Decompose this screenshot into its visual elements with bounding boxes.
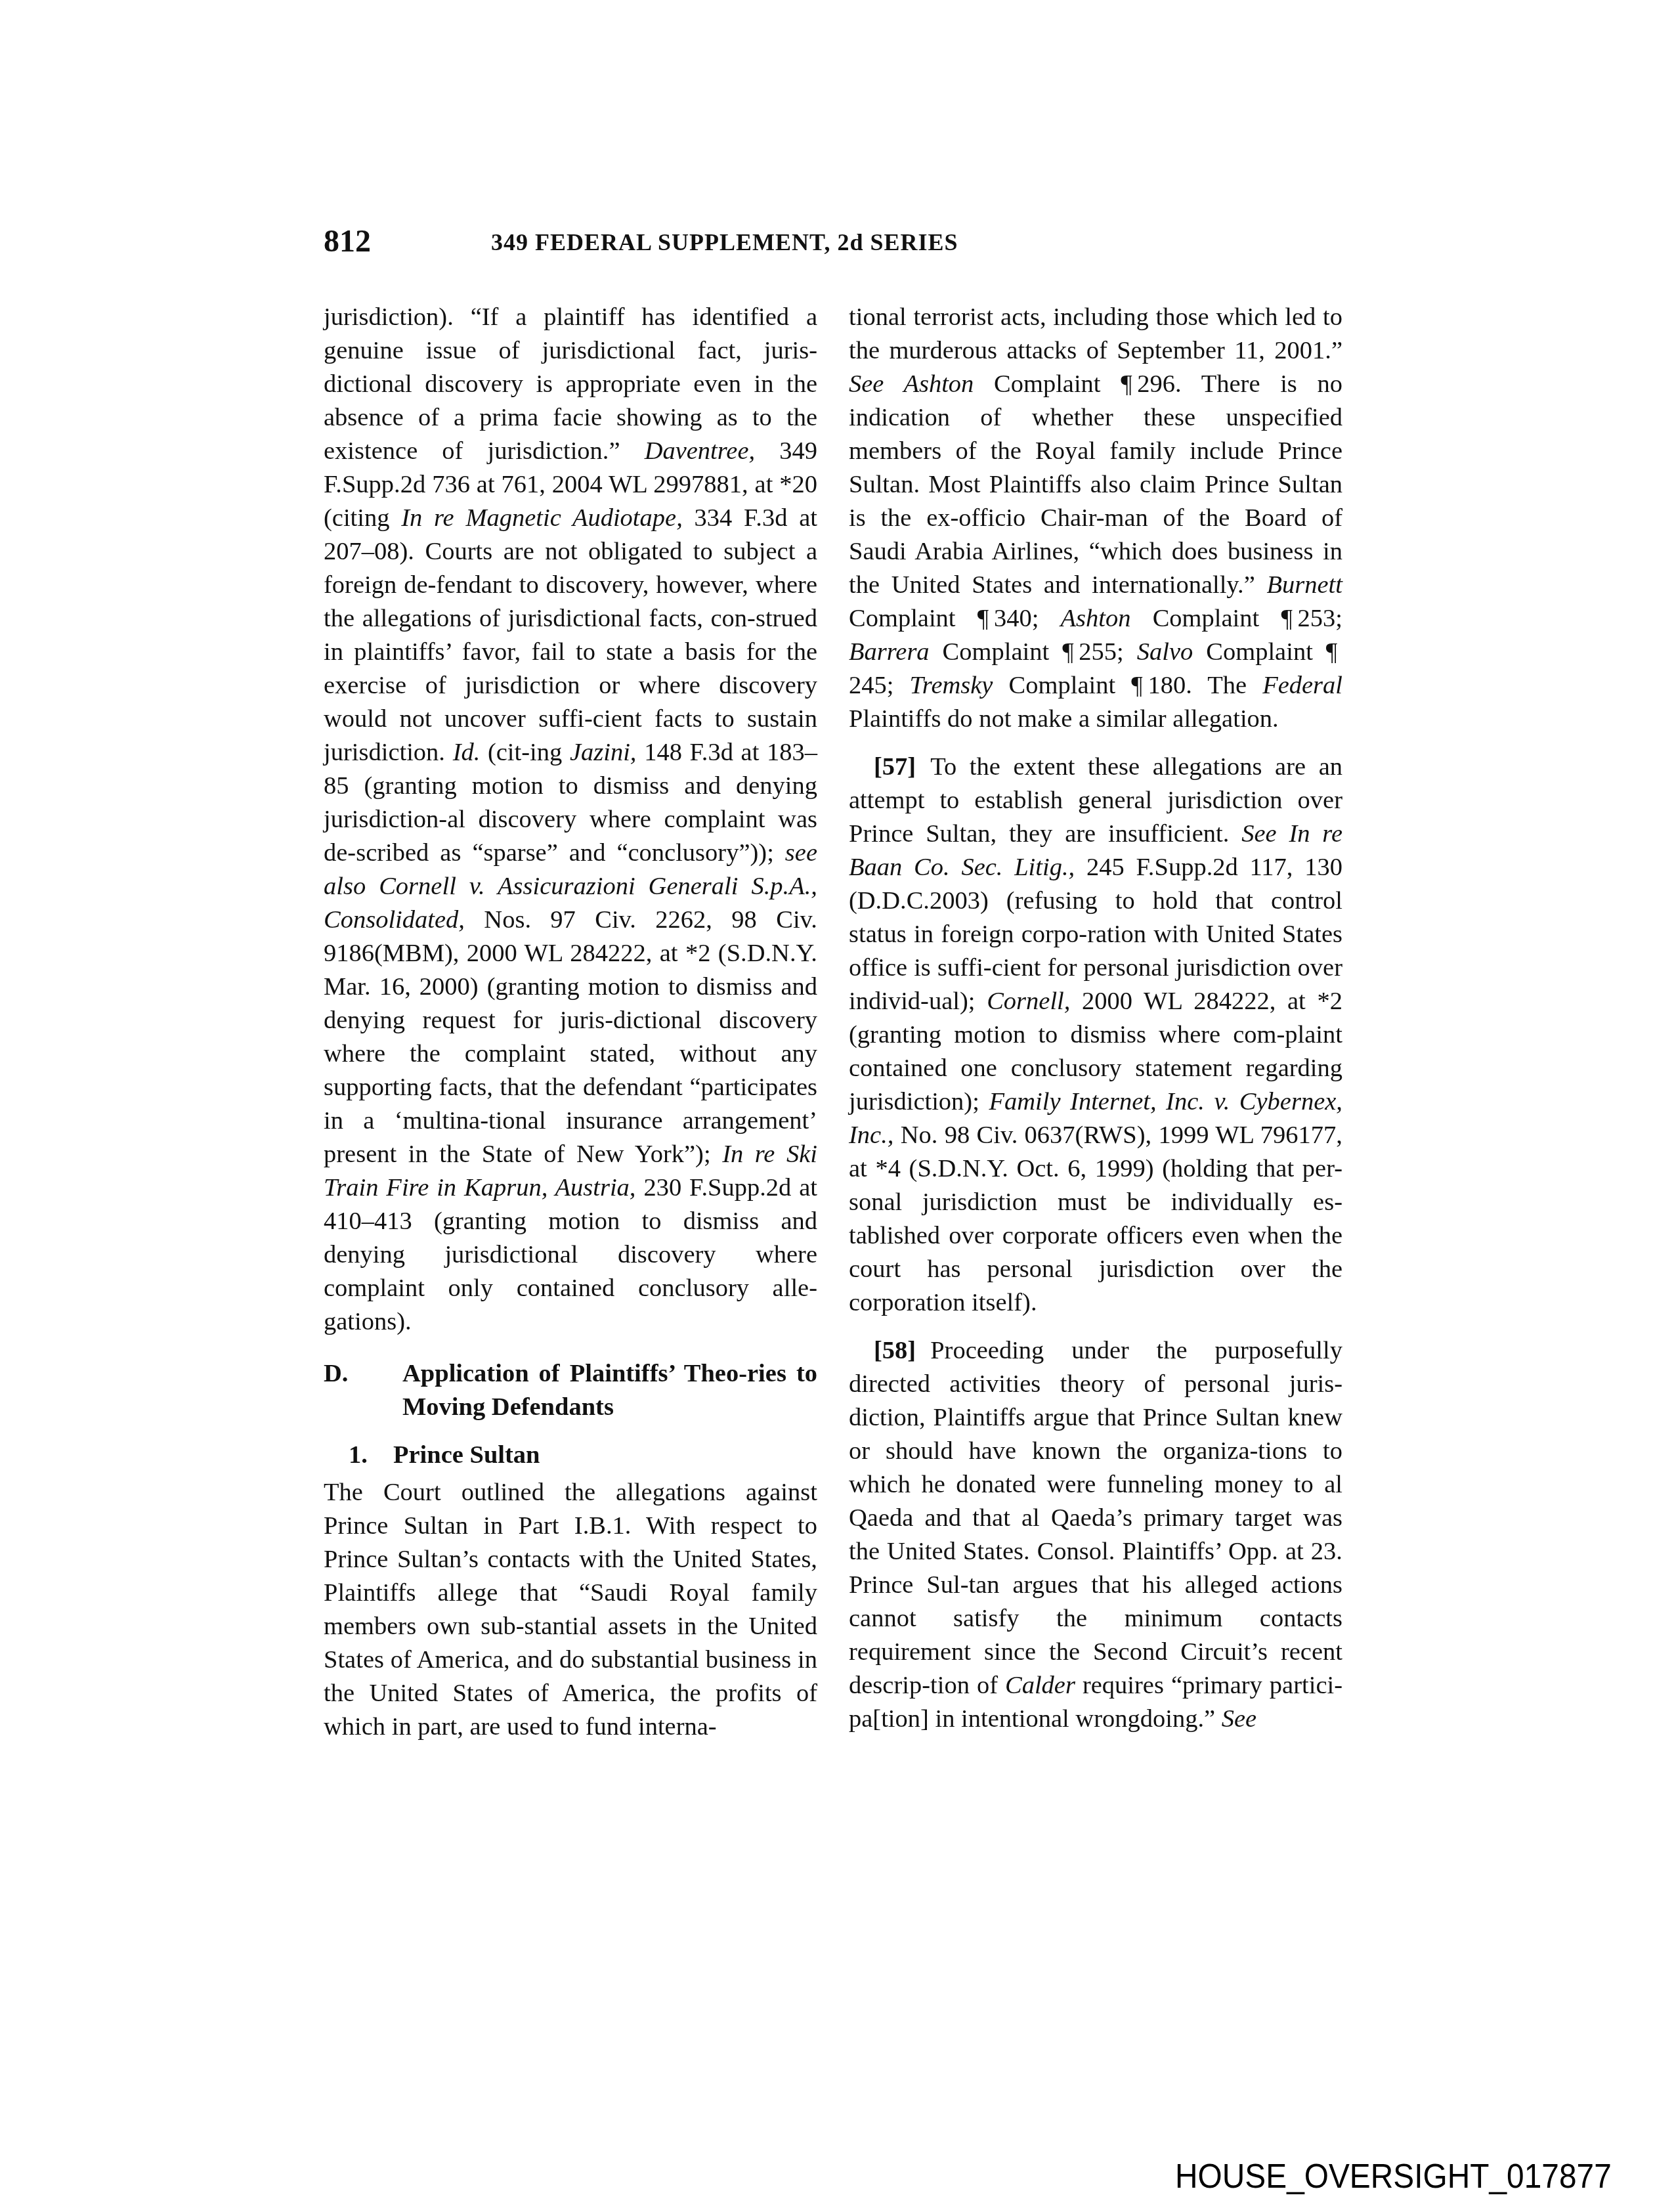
italic-citation: See Ashton <box>849 370 974 398</box>
text-run: Complaint ¶ 253; <box>1130 605 1342 632</box>
text-run: The Court outlined the allegations again… <box>324 1479 817 1741</box>
italic-citation: Calder <box>1005 1672 1075 1699</box>
italic-citation: Daventree, <box>645 437 756 465</box>
text-run: No. 98 Civ. 0637(RWS), 1999 WL 796177, a… <box>849 1121 1342 1316</box>
section-title: Application of Plaintiffs’ Theo-ries to … <box>402 1360 817 1421</box>
subsection-heading-prince-sultan: 1.Prince Sultan <box>324 1439 817 1472</box>
page-number: 812 <box>324 223 371 259</box>
subsection-title: Prince Sultan <box>393 1441 540 1469</box>
italic-citation: In re Magnetic Audiotape, <box>401 504 683 532</box>
bates-stamp: HOUSE_OVERSIGHT_017877 <box>1175 2157 1612 2196</box>
running-head: 349 FEDERAL SUPPLEMENT, 2d SERIES <box>491 228 958 256</box>
section-label: D. <box>324 1357 402 1391</box>
italic-citation: Jazini, <box>570 739 637 766</box>
text-run: Complaint ¶ 340; <box>849 605 1061 632</box>
paragraph-body: To the extent these allegations are an a… <box>849 753 1342 1316</box>
headnote-58: [58] <box>874 1337 916 1364</box>
paragraph-discovery-standard: jurisdiction). “If a plaintiff has ident… <box>324 301 817 1339</box>
italic-citation: Barrera <box>849 638 930 666</box>
italic-citation: Id. <box>453 739 481 766</box>
paragraph-headnote-58: [58]Proceeding under the purposefully di… <box>849 1334 1342 1736</box>
italic-citation: Ashton <box>1061 605 1131 632</box>
text-run: (cit-ing <box>480 739 570 766</box>
italic-citation: Tremsky <box>910 672 993 699</box>
paragraph-body: Proceeding under the purposefully direct… <box>849 1337 1342 1733</box>
right-column: tional terrorist acts, including those w… <box>849 301 1342 1736</box>
text-run: Complaint ¶ 296. There is no indication … <box>849 370 1342 599</box>
italic-citation: Burnett <box>1267 571 1342 599</box>
text-run: Plaintiffs do not make a similar allegat… <box>849 705 1279 733</box>
left-column: jurisdiction). “If a plaintiff has ident… <box>324 301 817 1744</box>
paragraph-allegations: The Court outlined the allegations again… <box>324 1476 817 1744</box>
subsection-label: 1. <box>349 1439 393 1472</box>
text-run: tional terrorist acts, including those w… <box>849 303 1342 364</box>
text-run: Nos. 97 Civ. 2262, 98 Civ. 9186(MBM), 20… <box>324 906 817 1168</box>
italic-citation: Cornell, <box>987 987 1070 1015</box>
italic-citation: See <box>1222 1705 1256 1733</box>
italic-citation: Salvo <box>1137 638 1193 666</box>
paragraph-continued: tional terrorist acts, including those w… <box>849 301 1342 736</box>
italic-citation: Federal <box>1262 672 1342 699</box>
paragraph-headnote-57: [57]To the extent these allegations are … <box>849 750 1342 1320</box>
headnote-57: [57] <box>874 753 916 781</box>
text-run: Proceeding under the purposefully direct… <box>849 1337 1342 1699</box>
text-run: Complaint ¶ 255; <box>930 638 1137 666</box>
section-heading-d: D.Application of Plaintiffs’ Theo-ries t… <box>324 1357 817 1424</box>
text-run: Complaint ¶ 180. The <box>993 672 1262 699</box>
text-run: 334 F.3d at 207–08). Courts are not obli… <box>324 504 817 766</box>
